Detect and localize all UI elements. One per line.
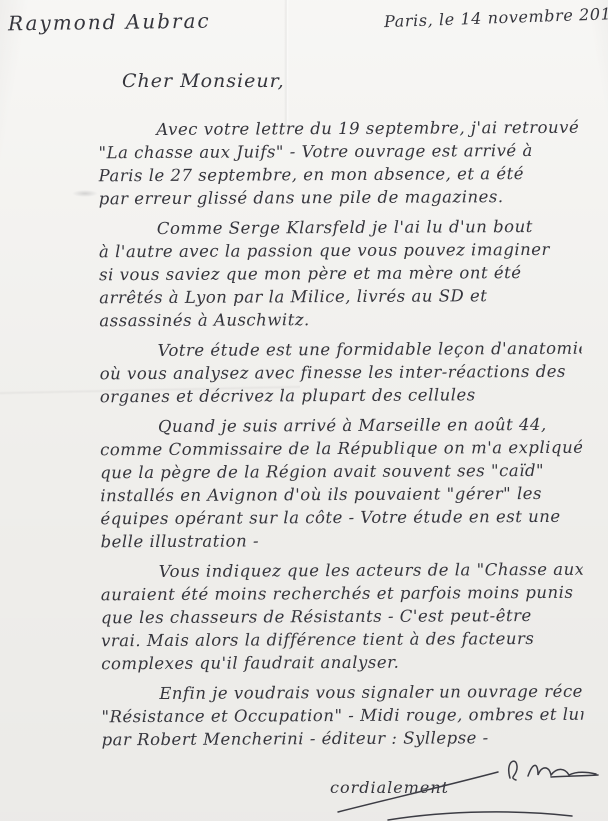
letter-line: que les chasseurs de Résistants - C'est … — [101, 604, 583, 630]
letter-line: installés en Avignon d'où ils pouvaient … — [100, 482, 582, 508]
letter-line: par erreur glissé dans une pile de magaz… — [99, 185, 581, 211]
letter-line: Enfin je voudrais vous signaler un ouvra… — [101, 680, 583, 706]
letter-line-text: "Résistance et Occupation" - Midi rouge,… — [101, 704, 583, 726]
letter-line: "Résistance et Occupation" - Midi rouge,… — [101, 703, 583, 729]
letter-line: par Robert Mencherini - éditeur : Syllep… — [102, 726, 584, 752]
letter-line: organes et décrivez la plupart des cellu… — [100, 383, 582, 409]
paragraph-2: Comme Serge Klarsfeld je l'ai lu d'un bo… — [99, 215, 582, 333]
paragraph-1: Avec votre lettre du 19 septembre, j'ai … — [98, 116, 580, 211]
paragraph-3: Votre étude est une formidable leçon d'a… — [99, 337, 581, 409]
letter-body: Avec votre lettre du 19 septembre, j'ai … — [98, 116, 583, 759]
dateline: Paris, le 14 novembre 2011 — [384, 4, 608, 31]
letter-line: comme Commissaire de la République on m'… — [100, 436, 582, 462]
letter-line: équipes opérant sur la côte - Votre étud… — [100, 505, 582, 531]
letter-line: Paris le 27 septembre, en mon absence, e… — [99, 162, 581, 188]
letter-line: belle illustration - — [100, 528, 582, 554]
letter-line: Vous indiquez que les acteurs de la "Cha… — [101, 558, 583, 584]
letter-line: complexes qu'il faudrait analyser. — [101, 650, 583, 676]
letter-line: Votre étude est une formidable leçon d'a… — [99, 337, 581, 363]
paper-smudge — [72, 190, 98, 197]
letter-page: Raymond Aubrac Paris, le 14 novembre 201… — [0, 0, 608, 821]
signature-scrawl — [330, 750, 604, 821]
letter-line: assassinés à Auschwitz. — [99, 307, 581, 333]
paragraph-4: Quand je suis arrivé à Marseille en août… — [100, 413, 583, 554]
paragraph-5: Vous indiquez que les acteurs de la "Cha… — [101, 558, 584, 676]
letter-line: vrai. Mais alors la différence tient à d… — [101, 627, 583, 653]
letter-line: Quand je suis arrivé à Marseille en août… — [100, 413, 582, 439]
letter-line: Avec votre lettre du 19 septembre, j'ai … — [98, 116, 580, 142]
letter-line: à l'autre avec la passion que vous pouve… — [99, 238, 581, 264]
letter-line: si vous saviez que mon père et ma mère o… — [99, 261, 581, 287]
letter-line: Comme Serge Klarsfeld je l'ai lu d'un bo… — [99, 215, 581, 241]
salutation: Cher Monsieur, — [122, 70, 285, 92]
letter-line: auraient été moins recherchés et parfois… — [101, 581, 583, 607]
fold-crease-vertical — [284, 0, 289, 132]
letter-line: que la pègre de la Région avait souvent … — [100, 459, 582, 485]
letter-line: où vous analysez avec finesse les inter-… — [100, 360, 582, 386]
paragraph-6: Enfin je voudrais vous signaler un ouvra… — [101, 680, 583, 752]
sender-name: Raymond Aubrac — [8, 9, 211, 36]
letter-line: "La chasse aux Juifs" - Votre ouvrage es… — [98, 139, 580, 165]
letter-line: arrêtés à Lyon par la Milice, livrés au … — [99, 284, 581, 310]
